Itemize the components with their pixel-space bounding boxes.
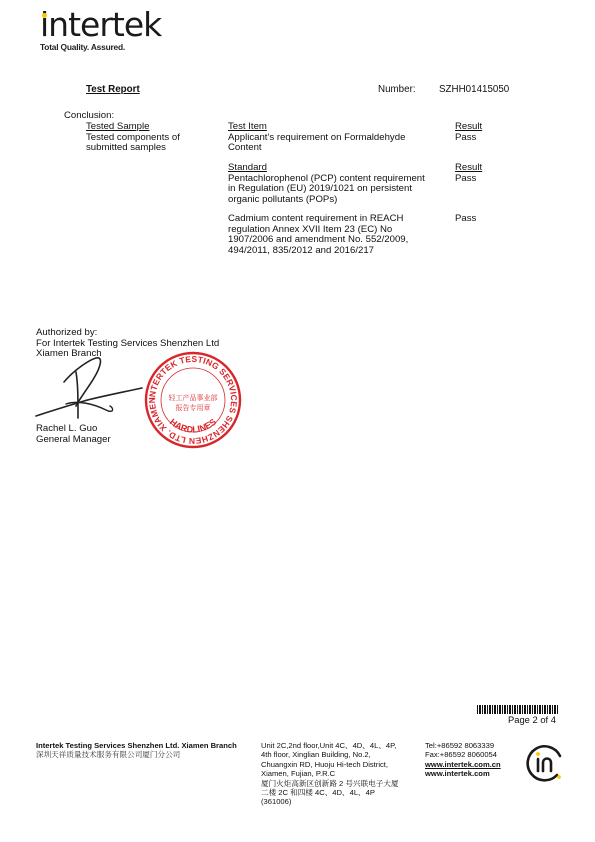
- standard-row: Standard Pentachlorophenol (PCP) content…: [228, 163, 448, 205]
- test-item-header: Test Item: [228, 122, 448, 133]
- conclusion-label: Conclusion:: [64, 111, 114, 122]
- standard-line: organic pollutants (POPs): [228, 195, 448, 206]
- result-value: Pass: [455, 214, 476, 225]
- page-indicator: Page 2 of 4: [508, 715, 556, 726]
- footer-fax: Fax:+86592 8060054: [425, 750, 501, 759]
- footer-company: Intertek Testing Services Shenzhen Ltd. …: [36, 741, 237, 760]
- result-cell: Pass: [455, 214, 476, 225]
- standard-line: 494/2011, 835/2012 and 2016/217: [228, 246, 448, 257]
- address-line: 厦门火炬高新区创新路 2 号兴联电子大厦: [261, 779, 421, 788]
- tested-sample-line: submitted samples: [86, 143, 216, 154]
- result-cell: Result Pass: [455, 163, 482, 184]
- result-header: Result: [455, 122, 482, 133]
- standard-row: Cadmium content requirement in REACH reg…: [228, 214, 448, 256]
- authorized-by-label: Authorized by:: [36, 328, 219, 339]
- report-number-label: Number:: [378, 85, 416, 96]
- report-number-value: SZHH01415050: [439, 85, 509, 96]
- address-line: 4th floor, Xinglian Building, No.2,: [261, 750, 421, 759]
- intertek-emblem-icon: [523, 742, 565, 784]
- website-cn-link[interactable]: www.intertek.com.cn: [425, 760, 501, 769]
- svg-text:报告专用章: 报告专用章: [176, 403, 211, 412]
- footer-address: Unit 2C,2nd floor,Unit 4C、4D、4L、4P, 4th …: [261, 741, 421, 807]
- address-line: Xiamen, Fujian, P.R.C: [261, 769, 421, 778]
- address-line: Chuangxin RD, Huoju Hi-tech District,: [261, 760, 421, 769]
- tested-sample-column: Tested Sample Tested components of submi…: [86, 122, 216, 154]
- result-value: Pass: [455, 174, 482, 185]
- result-header: Result: [455, 163, 482, 174]
- logo-accent-dot-icon: [42, 13, 47, 18]
- footer-contact: Tel:+86592 8063339 Fax:+86592 8060054 ww…: [425, 741, 501, 779]
- company-seal-stamp: INTERTEK TESTING SERVICES SHENZHEN LTD. …: [143, 350, 243, 450]
- svg-text:轻工产品事业部: 轻工产品事业部: [169, 393, 218, 402]
- website-link[interactable]: www.intertek.com: [425, 769, 490, 778]
- signature-icon: [34, 354, 146, 424]
- footer-company-cn: 深圳天祥质量技术服务有限公司厦门分公司: [36, 750, 237, 759]
- report-title: Test Report: [86, 85, 140, 96]
- test-item-row: Test Item Applicant’s requirement on For…: [228, 122, 448, 154]
- address-line: (361006): [261, 797, 421, 806]
- test-item-line: Content: [228, 143, 448, 154]
- standard-header: Standard: [228, 163, 448, 174]
- signer-name: Rachel L. Guo: [36, 424, 111, 435]
- result-cell: Result Pass: [455, 122, 482, 143]
- signer-block: Rachel L. Guo General Manager: [36, 424, 111, 445]
- logo-tagline: Total Quality. Assured.: [40, 43, 125, 52]
- footer-tel: Tel:+86592 8063339: [425, 741, 501, 750]
- result-value: Pass: [455, 133, 482, 144]
- barcode-icon: [477, 705, 559, 714]
- tested-sample-header: Tested Sample: [86, 122, 216, 133]
- footer-company-en: Intertek Testing Services Shenzhen Ltd. …: [36, 741, 237, 750]
- authorizing-org-line: For Intertek Testing Services Shenzhen L…: [36, 339, 219, 350]
- address-line: 二楼 2C 和四楼 4C、4D、4L、4P: [261, 788, 421, 797]
- standard-line: Cadmium content requirement in REACH: [228, 214, 448, 225]
- intertek-logo-wordmark: intertek: [40, 8, 161, 42]
- signer-title: General Manager: [36, 435, 111, 446]
- address-line: Unit 2C,2nd floor,Unit 4C、4D、4L、4P,: [261, 741, 421, 750]
